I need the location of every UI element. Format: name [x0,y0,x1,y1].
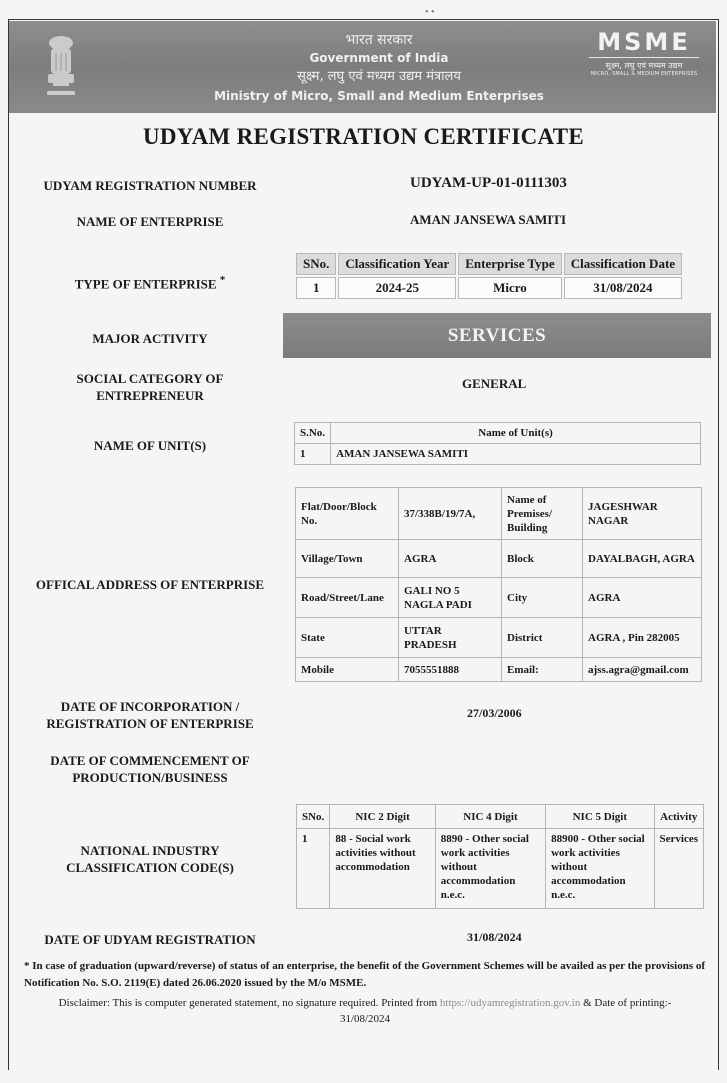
header-activity: Activity [654,805,703,829]
header-enterprise-type: Enterprise Type [458,253,561,275]
units-header-row: S.No. Name of Unit(s) [295,423,701,444]
msme-logo: MSME सूक्ष्म, लघु एवं मध्यम उद्यम MICRO,… [589,29,699,78]
enterprise-name-value: AMAN JANSEWA SAMITI [410,212,566,228]
classification-header-row: SNo. Classification Year Enterprise Type… [296,253,682,275]
table-row: 1 88 - Social work activities without ac… [297,829,704,909]
udyam-date-value: 31/08/2024 [467,930,522,945]
address-label: OFFICAL ADDRESS OF ENTERPRISE [20,576,280,593]
header-nic5: NIC 5 Digit [546,805,654,829]
header-classification-year: Classification Year [338,253,456,275]
major-activity-value: SERVICES [283,313,711,358]
cell-nic4: 8890 - Other social work activities with… [435,829,545,909]
incorporation-label-line1: DATE OF INCORPORATION / [20,698,280,715]
incorporation-value: 27/03/2006 [467,706,522,721]
msme-logo-english: MICRO, SMALL & MEDIUM ENTERPRISES [589,71,699,78]
email-value: ajss.agra@gmail.com [583,658,702,682]
incorporation-label: DATE OF INCORPORATION / REGISTRATION OF … [20,698,280,732]
commencement-label: DATE OF COMMENCEMENT OF PRODUCTION/BUSIN… [20,752,280,786]
udyam-portal-link[interactable]: https://udyamregistration.gov.in [440,997,580,1009]
address-value: AGRA [583,578,702,618]
address-value: 7055551888 [399,658,502,682]
social-category-label: SOCIAL CATEGORY OF ENTREPRENEUR [20,370,280,404]
address-key: Village/Town [296,540,399,578]
national-emblem-icon [41,33,81,99]
enterprise-name-label: NAME OF ENTERPRISE [20,213,280,230]
certificate-title: UDYAM REGISTRATION CERTIFICATE [0,124,727,150]
address-key: Name of Premises/ Building [502,488,583,540]
disclaimer-suffix: & Date of printing:- [580,997,671,1009]
address-key: State [296,618,399,658]
ministry-text: Ministry of Micro, Small and Medium Ente… [189,87,569,105]
units-label: NAME OF UNIT(S) [20,437,280,454]
header-sno: S.No. [295,423,331,444]
table-row: Road/Street/Lane GALI NO 5 NAGLA PADI Ci… [296,578,702,618]
header-sno: SNo. [296,253,336,275]
header-unit-name: Name of Unit(s) [331,423,701,444]
address-value: DAYALBAGH, AGRA [583,540,702,578]
disclaimer: Disclaimer: This is computer generated s… [20,995,710,1027]
address-key: City [502,578,583,618]
header-nic4: NIC 4 Digit [435,805,545,829]
table-row: Mobile 7055551888 Email: ajss.agra@gmail… [296,658,702,682]
msme-logo-hindi: सूक्ष्म, लघु एवं मध्यम उद्यम [589,60,699,71]
address-value: AGRA [399,540,502,578]
major-activity-label: MAJOR ACTIVITY [20,330,280,347]
incorporation-label-line2: REGISTRATION OF ENTERPRISE [20,715,280,732]
address-key: Mobile [296,658,399,682]
print-date: 31/08/2024 [20,1011,710,1027]
address-value: GALI NO 5 NAGLA PADI [399,578,502,618]
govt-of-india-text: Government of India [189,49,569,67]
banner-title: भारत सरकार Government of India सूक्ष्म, … [189,31,569,105]
cell-unit-name: AMAN JANSEWA SAMITI [331,444,701,465]
cell-nic2: 88 - Social work activities without acco… [330,829,435,909]
nic-label-line2: CLASSIFICATION CODE(S) [20,859,280,876]
table-row: State UTTAR PRADESH District AGRA , Pin … [296,618,702,658]
table-row: Village/Town AGRA Block DAYALBAGH, AGRA [296,540,702,578]
header-classification-date: Classification Date [564,253,682,275]
type-footnote-marker: * [220,274,225,286]
address-value: 37/338B/19/7A, [399,488,502,540]
commencement-label-line1: DATE OF COMMENCEMENT OF [20,752,280,769]
commencement-label-line2: PRODUCTION/BUSINESS [20,769,280,786]
nic-header-row: SNo. NIC 2 Digit NIC 4 Digit NIC 5 Digit… [297,805,704,829]
scan-marks: • • [425,7,435,18]
cell-sno: 1 [297,829,330,909]
address-key: District [502,618,583,658]
government-banner: भारत सरकार Government of India सूक्ष्म, … [9,21,716,113]
type-label-text: TYPE OF ENTERPRISE [75,276,217,291]
hindi-govt-text: भारत सरकार [189,31,569,49]
social-category-label-line1: SOCIAL CATEGORY OF [20,370,280,387]
reg-number-label: UDYAM REGISTRATION NUMBER [20,177,280,194]
cell-activity: Services [654,829,703,909]
social-category-label-line2: ENTREPRENEUR [20,387,280,404]
address-table: Flat/Door/Block No. 37/338B/19/7A, Name … [295,487,702,682]
msme-logo-mark: MSME [589,29,699,58]
table-row: 1 2024-25 Micro 31/08/2024 [296,277,682,299]
social-category-value: GENERAL [462,376,526,392]
disclaimer-prefix: Disclaimer: This is computer generated s… [59,997,440,1009]
nic-label: NATIONAL INDUSTRY CLASSIFICATION CODE(S) [20,842,280,876]
address-value: UTTAR PRADESH [399,618,502,658]
address-key: Road/Street/Lane [296,578,399,618]
type-label: TYPE OF ENTERPRISE * [20,272,280,292]
cell-nic5: 88900 - Other social work activities wit… [546,829,654,909]
address-key: Block [502,540,583,578]
classification-table: SNo. Classification Year Enterprise Type… [294,251,684,301]
cell-classification-date: 31/08/2024 [564,277,682,299]
address-value: AGRA , Pin 282005 [583,618,702,658]
table-row: Flat/Door/Block No. 37/338B/19/7A, Name … [296,488,702,540]
nic-label-line1: NATIONAL INDUSTRY [20,842,280,859]
units-table: S.No. Name of Unit(s) 1 AMAN JANSEWA SAM… [294,422,701,465]
graduation-footnote: * In case of graduation (upward/reverse)… [24,958,714,992]
cell-sno: 1 [296,277,336,299]
hindi-ministry-text: सूक्ष्म, लघु एवं मध्यम उद्यम मंत्रालय [189,67,569,87]
nic-table: SNo. NIC 2 Digit NIC 4 Digit NIC 5 Digit… [296,804,704,909]
cell-sno: 1 [295,444,331,465]
header-nic2: NIC 2 Digit [330,805,435,829]
udyam-date-label: DATE OF UDYAM REGISTRATION [20,931,280,948]
cell-classification-year: 2024-25 [338,277,456,299]
header-sno: SNo. [297,805,330,829]
address-key: Email: [502,658,583,682]
table-row: 1 AMAN JANSEWA SAMITI [295,444,701,465]
reg-number-value: UDYAM-UP-01-0111303 [410,175,567,192]
address-value: JAGESHWAR NAGAR [583,488,702,540]
address-key: Flat/Door/Block No. [296,488,399,540]
cell-enterprise-type: Micro [458,277,561,299]
